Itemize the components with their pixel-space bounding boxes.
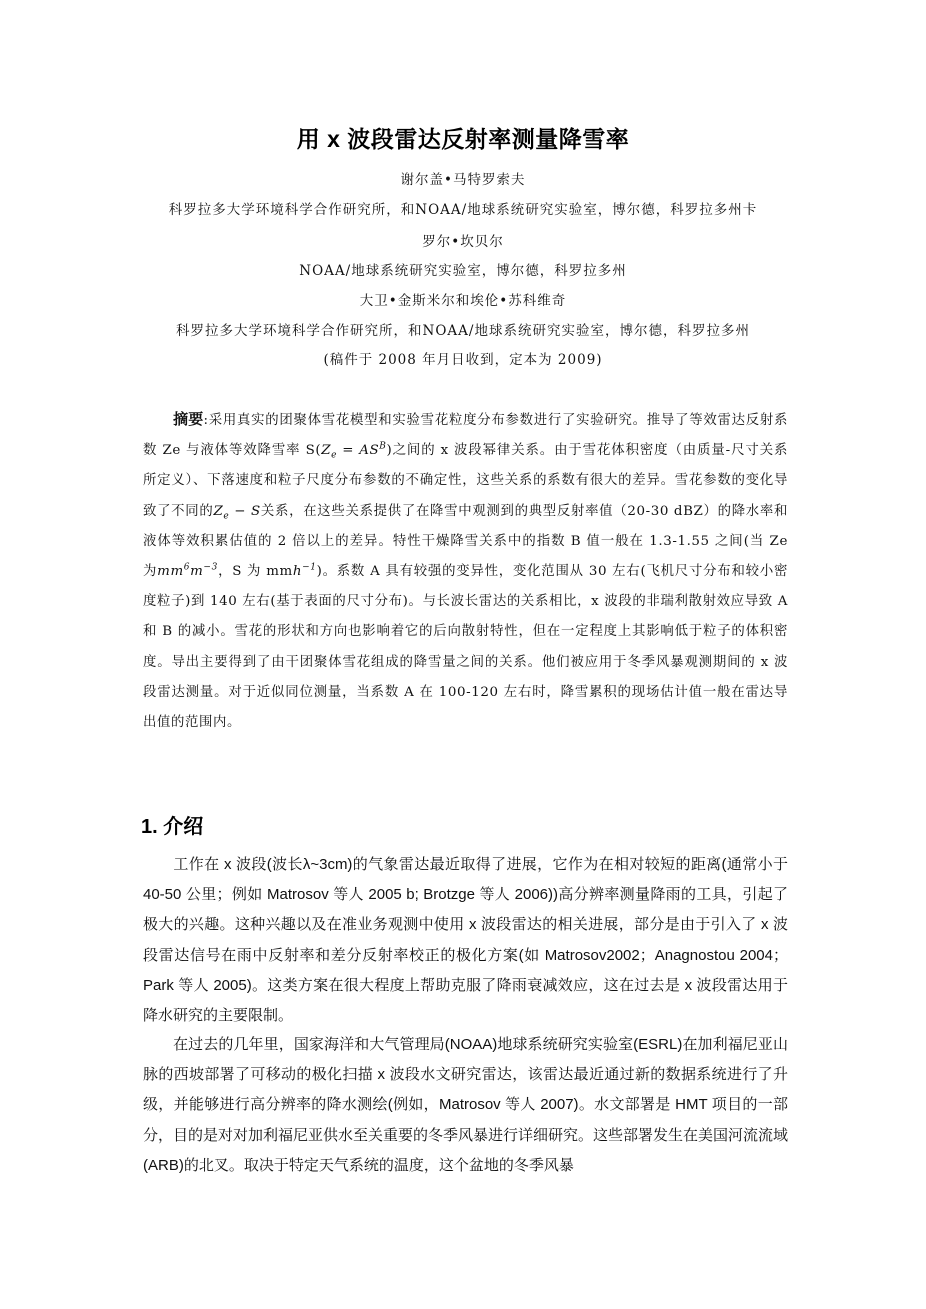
intro-paragraph-1-text: 工作在 x 波段(波长λ~3cm)的气象雷达最近取得了进展，它作为在相对较短的距…: [143, 856, 788, 1024]
unit-sup-neg3: −3: [203, 563, 217, 573]
eq2-z: Z: [213, 504, 223, 519]
author-1-affiliation: 科罗拉多大学环境科学合作研究所，和NOAA/地球系统研究实验室，博尔德，科罗拉多…: [0, 198, 926, 218]
author-3-name: 大卫•金斯米尔和埃伦•苏科维奇: [0, 289, 926, 309]
unit-sup-neg1: −1: [302, 563, 316, 573]
abstract-label: 摘要: [173, 411, 203, 428]
unit-h-1: h−1: [293, 564, 317, 579]
equation-ze-s: Ze − S: [213, 504, 260, 519]
author-2-name: 罗尔•坎贝尔: [0, 230, 926, 250]
intro-paragraph-1: 工作在 x 波段(波长λ~3cm)的气象雷达最近取得了进展，它作为在相对较短的距…: [143, 850, 788, 1031]
unit-mm: mm: [157, 564, 184, 579]
eq2-rest: − S: [229, 504, 261, 519]
intro-paragraph-2: 在过去的几年里，国家海洋和大气管理局(NOAA)地球系统研究实验室(ESRL)在…: [143, 1030, 788, 1181]
author-1-name: 谢尔盖•马特罗索夫: [0, 168, 926, 188]
section-heading-intro: 1. 介绍: [141, 810, 203, 839]
intro-paragraph-2-text: 在过去的几年里，国家海洋和大气管理局(NOAA)地球系统研究实验室(ESRL)在…: [143, 1036, 788, 1174]
equation-ze: Ze = ASB: [321, 443, 386, 458]
author-3-affiliation: 科罗拉多大学环境科学合作研究所，和NOAA/地球系统研究实验室，博尔德，科罗拉多…: [0, 319, 926, 339]
abstract-text-5: )。系数 A 具有较强的变异性，变化范围从 30 左右(飞机尺寸分布和较小密度粒…: [143, 564, 788, 730]
unit-mm6m-3: mm6m−3: [157, 564, 218, 579]
author-2-affiliation: NOAA/地球系统研究实验室，博尔德，科罗拉多州: [0, 259, 926, 279]
abstract: 摘要:采用真实的团聚体雪花模型和实验雪花粒度分布参数进行了实验研究。推导了等效雷…: [143, 405, 788, 738]
unit-m: m: [190, 564, 203, 579]
paper-title: 用 x 波段雷达反射率测量降雪率: [0, 121, 926, 154]
eq-z: Z: [321, 443, 331, 458]
eq-as: = AS: [337, 443, 379, 458]
received-note: (稿件于 2008 年月日收到，定本为 2009): [0, 348, 926, 368]
unit-h: h: [293, 564, 302, 579]
abstract-text-4: ，S 为 mm: [218, 564, 293, 579]
document-page: 用 x 波段雷达反射率测量降雪率 谢尔盖•马特罗索夫 科罗拉多大学环境科学合作研…: [0, 0, 926, 1309]
